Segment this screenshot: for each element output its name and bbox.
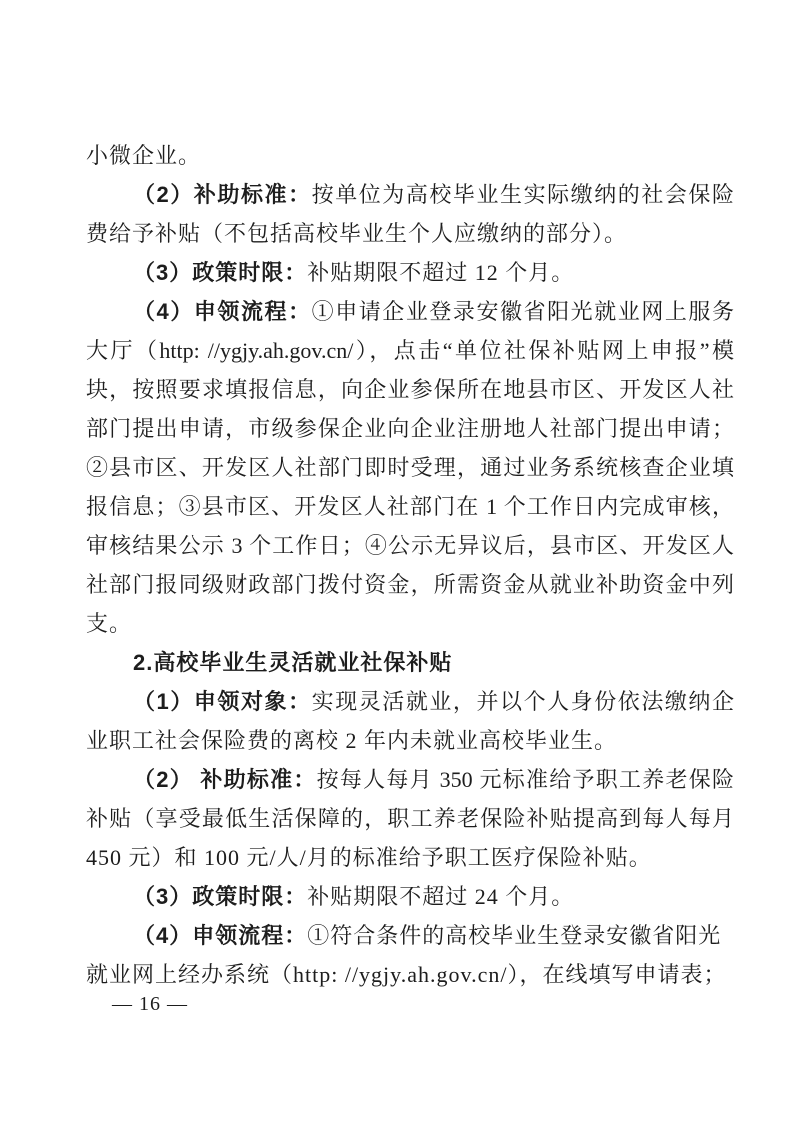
- text-line: （4）申领流程：①符合条件的高校毕业生登录安徽省阳光: [86, 916, 734, 955]
- text-line: 部门提出申请，市级参保企业向企业注册地人社部门提出申请；: [86, 409, 734, 448]
- text-line: 块，按照要求填报信息，向企业参保所在地县市区、开发区人社: [86, 370, 734, 409]
- line-text: 费给予补贴（不包括高校毕业生个人应缴纳的部分）。: [86, 221, 627, 246]
- line-text: 业职工社会保险费的离校 2 年内未就业高校毕业生。: [86, 728, 617, 753]
- line-label: （3）政策时限：: [133, 260, 307, 285]
- line-text: 450 元）和 100 元/人/月的标准给予职工医疗保险补贴。: [86, 845, 652, 870]
- text-line: （2）补助标准：按单位为高校毕业生实际缴纳的社会保险: [86, 175, 734, 214]
- line-label: （2）补助标准：: [133, 182, 312, 207]
- section-heading: 2.高校毕业生灵活就业社保补贴: [86, 643, 734, 682]
- text-line: ②县市区、开发区人社部门即时受理，通过业务系统核查企业填: [86, 448, 734, 487]
- text-line: 费给予补贴（不包括高校毕业生个人应缴纳的部分）。: [86, 214, 734, 253]
- line-text: 审核结果公示 3 个工作日；④公示无异议后，县市区、开发区人: [86, 533, 734, 558]
- line-text: 块，按照要求填报信息，向企业参保所在地县市区、开发区人社: [86, 377, 734, 402]
- text-line: （4）申领流程：①申请企业登录安徽省阳光就业网上服务: [86, 292, 734, 331]
- text-line: 大厅（http: //ygjy.ah.gov.cn/），点击“单位社保补贴网上申…: [86, 331, 734, 370]
- line-text: 支。: [86, 611, 132, 636]
- line-label: （3）政策时限：: [133, 884, 307, 909]
- line-text: 按每人每月 350 元标准给予职工养老保险: [317, 767, 734, 792]
- line-text: 补贴（享受最低生活保障的，职工养老保险补贴提高到每人每月: [86, 806, 734, 831]
- text-line: 450 元）和 100 元/人/月的标准给予职工医疗保险补贴。: [86, 838, 734, 877]
- text-line: 报信息；③县市区、开发区人社部门在 1 个工作日内完成审核，: [86, 487, 734, 526]
- text-line: 支。: [86, 604, 734, 643]
- line-label: （4）申领流程：: [133, 923, 307, 948]
- line-text: 补贴期限不超过 24 个月。: [307, 884, 574, 909]
- line-text: 报信息；③县市区、开发区人社部门在 1 个工作日内完成审核，: [86, 494, 734, 519]
- text-line: （3）政策时限：补贴期限不超过 12 个月。: [86, 253, 734, 292]
- text-line: 社部门报同级财政部门拨付资金，所需资金从就业补助资金中列: [86, 565, 734, 604]
- line-text: 小微企业。: [86, 143, 201, 168]
- line-text: ①申请企业登录安徽省阳光就业网上服务: [312, 299, 734, 324]
- text-line: 就业网上经办系统（http: //ygjy.ah.gov.cn/），在线填写申请…: [86, 955, 734, 994]
- line-text: 社部门报同级财政部门拨付资金，所需资金从就业补助资金中列: [86, 572, 734, 597]
- text-line: 审核结果公示 3 个工作日；④公示无异议后，县市区、开发区人: [86, 526, 734, 565]
- document-page: 小微企业。 （2）补助标准：按单位为高校毕业生实际缴纳的社会保险 费给予补贴（不…: [0, 0, 793, 1122]
- text-line: （1）申领对象：实现灵活就业，并以个人身份依法缴纳企: [86, 682, 734, 721]
- line-text: 补贴期限不超过 12 个月。: [307, 260, 574, 285]
- line-label: （2） 补助标准：: [133, 767, 317, 792]
- page-number: — 16 —: [112, 993, 188, 1015]
- line-text: ①符合条件的高校毕业生登录安徽省阳光: [307, 923, 721, 948]
- line-text: 按单位为高校毕业生实际缴纳的社会保险: [312, 182, 734, 207]
- text-line: 补贴（享受最低生活保障的，职工养老保险补贴提高到每人每月: [86, 799, 734, 838]
- line-text: 部门提出申请，市级参保企业向企业注册地人社部门提出申请；: [86, 416, 734, 441]
- text-line: （2） 补助标准：按每人每月 350 元标准给予职工养老保险: [86, 760, 734, 799]
- line-text: 大厅（http: //ygjy.ah.gov.cn/），点击“单位社保补贴网上申…: [86, 338, 734, 363]
- line-label: （1）申领对象：: [133, 689, 312, 714]
- section-heading-label: 2.高校毕业生灵活就业社保补贴: [133, 650, 452, 675]
- line-text: 实现灵活就业，并以个人身份依法缴纳企: [312, 689, 734, 714]
- line-label: （4）申领流程：: [133, 299, 312, 324]
- line-text: ②县市区、开发区人社部门即时受理，通过业务系统核查企业填: [86, 455, 734, 480]
- text-line: （3）政策时限：补贴期限不超过 24 个月。: [86, 877, 734, 916]
- document-body: 小微企业。 （2）补助标准：按单位为高校毕业生实际缴纳的社会保险 费给予补贴（不…: [86, 136, 734, 994]
- line-text: 就业网上经办系统（http: //ygjy.ah.gov.cn/），在线填写申请…: [86, 962, 726, 987]
- text-line: 小微企业。: [86, 136, 734, 175]
- text-line: 业职工社会保险费的离校 2 年内未就业高校毕业生。: [86, 721, 734, 760]
